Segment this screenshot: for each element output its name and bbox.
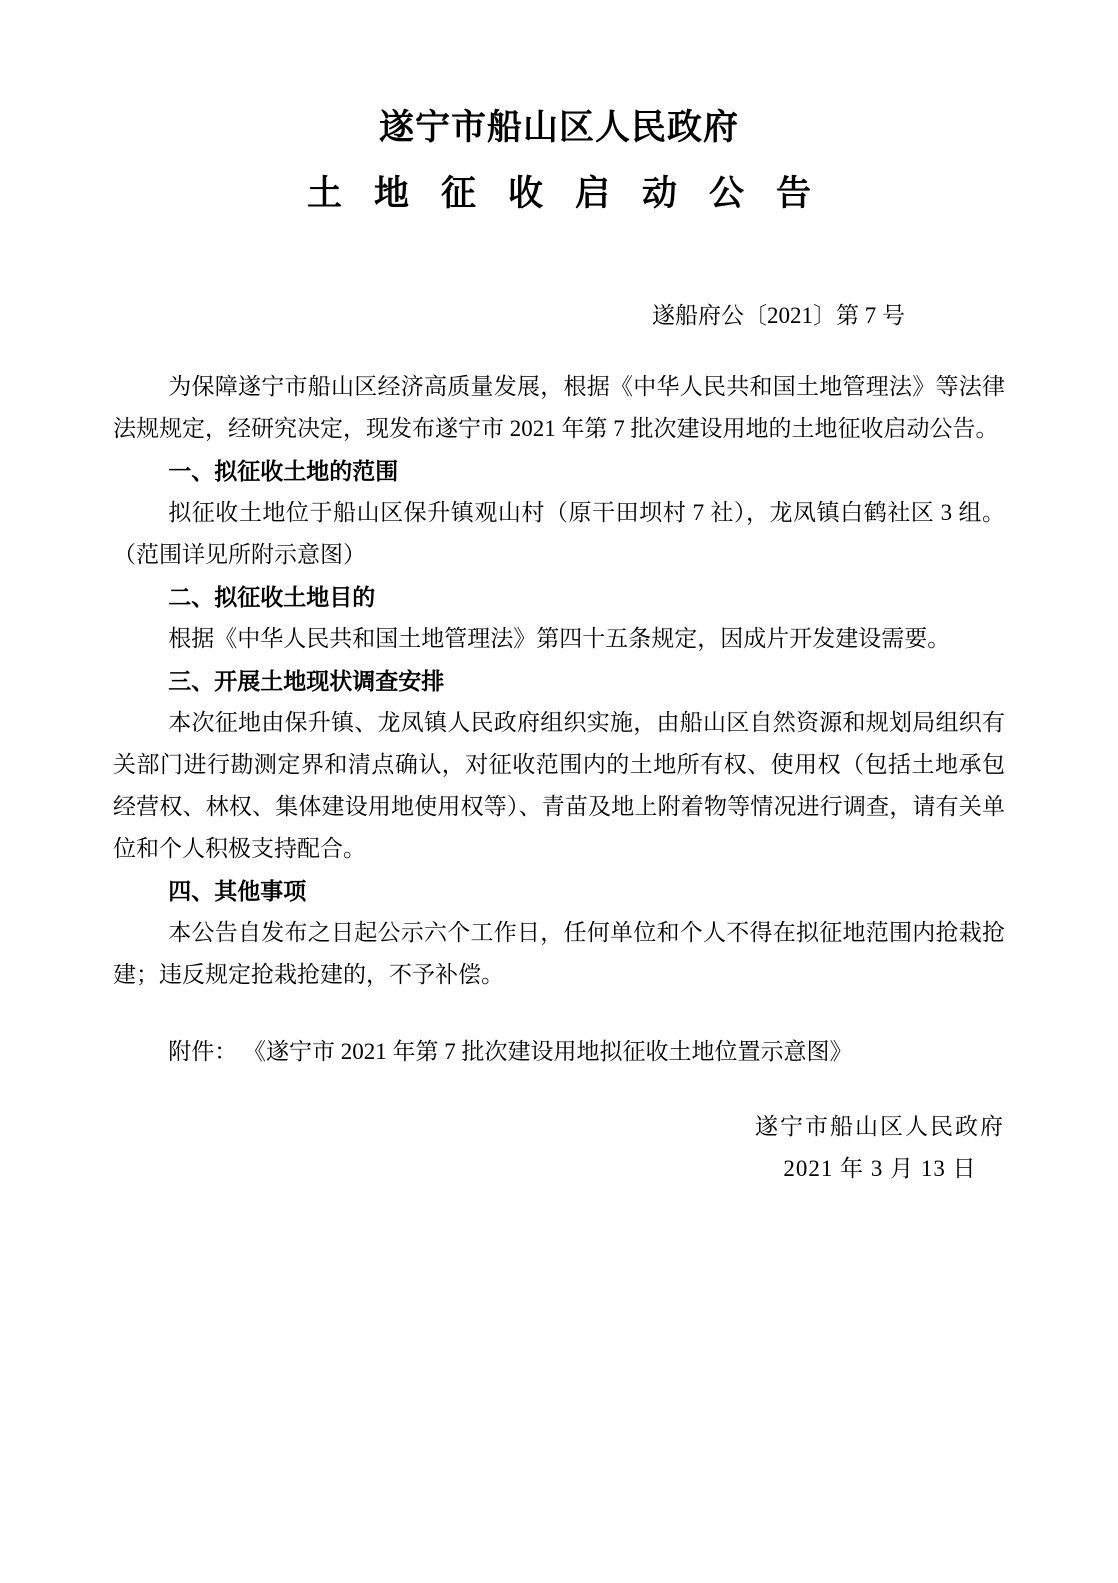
section-4-body: 本公告自发布之日起公示六个工作日，任何单位和个人不得在拟征地范围内抢栽抢建；违反… (113, 912, 1005, 996)
document-page: 遂宁市船山区人民政府 土地征收启动公告 遂船府公〔2021〕第 7 号 为保障遂… (0, 0, 1118, 1583)
issuer-title: 遂宁市船山区人民政府 (113, 106, 1005, 150)
signature-block: 遂宁市船山区人民政府 2021 年 3 月 13 日 (113, 1106, 1005, 1190)
intro-paragraph: 为保障遂宁市船山区经济高质量发展，根据《中华人民共和国土地管理法》等法律法规规定… (113, 366, 1005, 450)
signature-issuer: 遂宁市船山区人民政府 (755, 1106, 1005, 1148)
section-2-heading: 二、拟征收土地目的 (113, 576, 1005, 618)
section-4-heading: 四、其他事项 (113, 870, 1005, 912)
section-2-body: 根据《中华人民共和国土地管理法》第四十五条规定，因成片开发建设需要。 (113, 618, 1005, 660)
attachment-line: 附件： 《遂宁市 2021 年第 7 批次建设用地拟征收土地位置示意图》 (113, 1031, 1005, 1073)
section-3-heading: 三、开展土地现状调查安排 (113, 660, 1005, 702)
signature-inner: 遂宁市船山区人民政府 2021 年 3 月 13 日 (755, 1106, 1005, 1190)
section-3-body: 本次征地由保升镇、龙凤镇人民政府组织实施，由船山区自然资源和规划局组织有关部门进… (113, 702, 1005, 870)
section-1-body: 拟征收土地位于船山区保升镇观山村（原干田坝村 7 社），龙凤镇白鹤社区 3 组。… (113, 492, 1005, 576)
announcement-title: 土地征收启动公告 (113, 172, 1005, 216)
signature-date: 2021 年 3 月 13 日 (755, 1148, 1005, 1190)
document-number: 遂船府公〔2021〕第 7 号 (113, 300, 1005, 332)
section-1-heading: 一、拟征收土地的范围 (113, 450, 1005, 492)
